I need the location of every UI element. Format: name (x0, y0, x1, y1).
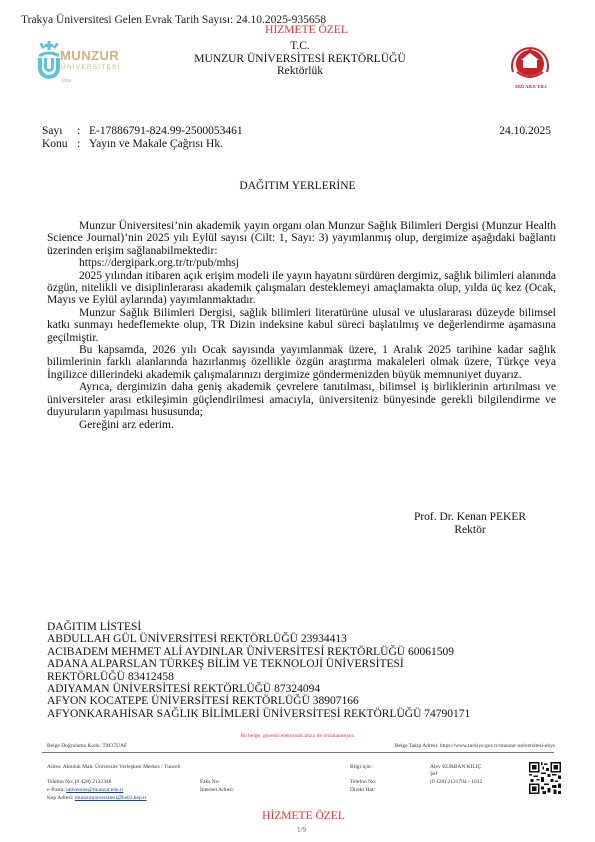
document-number: E-17886791-824.99-2500053461 (89, 125, 243, 138)
footer-kep-row: Kep Adresi: munzuruniversitesi@hs01.kep.… (47, 795, 146, 802)
document-meta: Sayı : E-17886791-824.99-2500053461 Konu… (42, 125, 243, 151)
institution-header: T.C. MUNZUR ÜNİVERSİTESİ REKTÖRLÜĞÜ Rekt… (140, 40, 460, 78)
signer-name: Prof. Dr. Kenan PEKER (400, 511, 540, 524)
distribution-item: ABDULLAH GÜL ÜNİVERSİTESİ REKTÖRLÜĞÜ 239… (47, 633, 470, 645)
recipient-heading: DAĞITIM YERLERİNE (0, 180, 595, 192)
distribution-item: ACIBADEM MEHMET ALİ AYDINLAR ÜNİVERSİTES… (47, 646, 470, 658)
kep-label: Kep Adresi: (47, 795, 73, 801)
contact-name: Alev KURBAN KILIÇ (430, 764, 481, 771)
kep-link[interactable]: munzuruniversitesi@hs01.kep.tr (75, 795, 147, 801)
info-phone-label: Telefon No: (350, 779, 376, 786)
tracking-address[interactable]: Belge Takip Adresi: https://www.turkiye.… (395, 743, 555, 749)
info-label: Bilgi için : (350, 764, 374, 771)
distribution-item: ADIYAMAN ÜNİVERSİTESİ REKTÖRLÜĞÜ 8732409… (47, 683, 470, 695)
classification-label-top: HİZMETE ÖZEL (0, 24, 595, 36)
footer-divider (42, 752, 554, 753)
journal-link[interactable]: https://dergipark.org.tr/tr/pub/mhsj (47, 257, 556, 269)
footer-address: Adres: Aktuluk Mah. Üniversite Yerleşkes… (47, 764, 181, 771)
distribution-item: ADANA ALPARSLAN TÜRKEŞ BİLİM VE TEKNOLOJ… (47, 658, 470, 670)
email-link[interactable]: universite@munzur.edu.tr (66, 787, 123, 793)
document-date: 24.10.2025 (499, 125, 551, 137)
body-paragraph: 2025 yılından itibaren açık erişim model… (47, 270, 556, 307)
classification-label-bottom: HİZMETE ÖZEL (0, 810, 595, 822)
munzur-emblem-icon (36, 40, 62, 84)
qr-code-icon[interactable] (529, 762, 561, 794)
header-unit: Rektörlük (140, 65, 460, 78)
header-tc: T.C. (140, 40, 460, 53)
direct-line-label: Direkt Hat: (350, 787, 375, 794)
family-year-caption: 2025 AİLE YILI (503, 84, 559, 89)
body-paragraph: Munzur Sağlık Bilimleri Dergisi, sağlık … (47, 307, 556, 344)
body-paragraph: Bu kapsamda, 2026 yılı Ocak sayısında ya… (47, 344, 556, 381)
distribution-item: AFYON KOCATEPE ÜNİVERSİTESİ REKTÖRLÜĞÜ 3… (47, 695, 470, 707)
signature-block: Prof. Dr. Kenan PEKER Rektör (400, 511, 540, 536)
letter-body: Munzur Üniversitesi’nin akademik yayın o… (47, 220, 556, 431)
body-paragraph: Munzur Üniversitesi’nin akademik yayın o… (47, 220, 556, 257)
closing-line: Gereğini arz ederim. (47, 419, 556, 431)
page-number: 1/9 (0, 826, 595, 834)
e-signature-note: Bu belge, güvenli elektronik imza ile im… (0, 733, 595, 739)
logo-brand-sub: ÜNİVERSİTESİ (61, 64, 121, 71)
distribution-title: DAĞITIM LİSTESİ (47, 621, 470, 633)
signer-title: Rektör (400, 524, 540, 537)
footer-phone: Telefon No: (0 428) 2132348 (47, 779, 111, 786)
distribution-item: REKTÖRLÜĞÜ 83412458 (47, 671, 470, 683)
body-paragraph: Ayrıca, dergimizin daha geniş akademik ç… (47, 381, 556, 418)
subject-label: Konu (42, 138, 77, 151)
fax-label: Faks No: (200, 779, 220, 786)
munzur-university-logo: MUNZUR ÜNİVERSİTESİ 2006 (36, 40, 136, 90)
verification-code: Belge Doğrulama Kodu: TM37UAF (47, 743, 127, 749)
logo-brand-year: 2006 (61, 78, 71, 83)
family-year-logo: 2025 AİLE YILI (505, 42, 555, 92)
header-institution: MUNZUR ÜNİVERSİTESİ REKTÖRLÜĞÜ (140, 53, 460, 66)
distribution-list: DAĞITIM LİSTESİ ABDULLAH GÜL ÜNİVERSİTES… (47, 621, 470, 720)
colon: : (77, 138, 89, 151)
contact-phone: (0 428) 2131794 - 1012 (430, 779, 482, 786)
contact-title: Şef (430, 771, 437, 778)
document-subject: Yayın ve Makale Çağrısı Hk. (89, 138, 223, 151)
number-label: Sayı (42, 125, 77, 138)
distribution-item: AFYONKARAHİSAR SAĞLIK BİLİMLERİ ÜNİVERSİ… (47, 708, 470, 720)
logo-brand-name: MUNZUR (60, 48, 119, 63)
email-label: e-Posta: (47, 787, 65, 793)
colon: : (77, 125, 89, 138)
family-year-emblem-icon (505, 42, 555, 84)
footer-email-row: e-Posta: universite@munzur.edu.tr (47, 787, 123, 794)
web-label: İnternet Adresi: (200, 787, 234, 794)
